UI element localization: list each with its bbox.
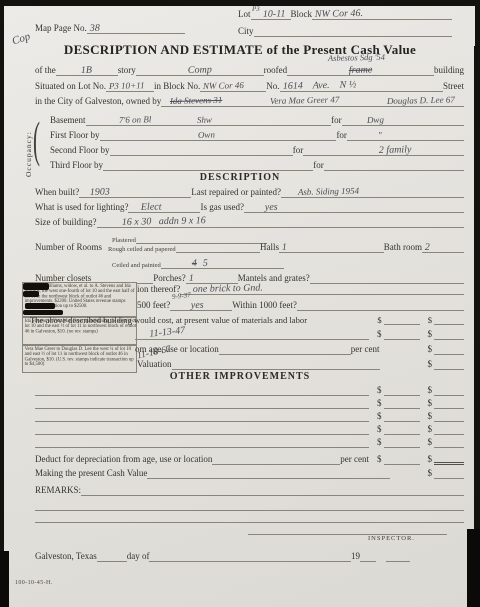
basement-row: Basement 7'6 on Bl Shw for Dwg [50, 114, 464, 126]
deduct-partial-field [219, 343, 351, 355]
second-floor-row: Second Floor by for 2 family [50, 144, 464, 156]
cost-spacer [307, 314, 369, 325]
map-page-field: 38 [87, 22, 185, 34]
size-row: Size of building? 16 x 30 addn 9 x 16 [35, 216, 464, 228]
when-built-field: 1903 [79, 186, 191, 198]
ink-blot [23, 283, 49, 290]
improvement-amount-2 [434, 436, 464, 448]
block-no-field: NW Cor 46 [200, 80, 266, 92]
year-field [360, 550, 376, 562]
depreciation-label: Deduct for depreciation from age, use or… [35, 455, 212, 465]
dollar-sign: $ [428, 360, 433, 370]
remarks-blank-field [35, 499, 464, 511]
block-no-handwriting: NW Cor 46 [200, 81, 247, 92]
basement-for-label: for [331, 116, 342, 126]
city-field [254, 25, 452, 37]
deed-clipping-3: Vera Mae Greer to Douglas D. Lee the wes… [22, 345, 137, 373]
improvement-row: $ $ [35, 436, 464, 448]
basement-by-field: 7'6 on Bl Shw [86, 114, 332, 126]
map-page-row: Map Page No. 38 [35, 22, 185, 34]
second-floor-use-handwriting: 2 family [375, 144, 414, 156]
lot-no-handwriting: P3 10+11 [106, 81, 148, 92]
occupancy-label: Occupancy: [24, 117, 33, 177]
cash-value-amount [434, 467, 464, 479]
improvement-amount-2 [434, 384, 464, 396]
inspector-signature-field [248, 523, 447, 535]
size-handwriting: 16 x 30 addn 9 x 16 [118, 215, 208, 228]
cost-extra-row: 11-13-47 $ $ [135, 328, 464, 340]
dollar-sign: $ [428, 425, 433, 435]
first-floor-for-label: for [336, 131, 347, 141]
cost-extra-amount-2 [434, 328, 464, 340]
year-label: 19 [351, 552, 360, 562]
scan-edge-bottom-left [0, 551, 9, 607]
basement-use-handwriting: Dwg [363, 116, 386, 126]
third-floor-by-field [103, 159, 313, 171]
improvement-amount-1 [384, 397, 420, 409]
rooms-row: Number of Rooms Rough ceiled and papered… [35, 241, 464, 253]
dollar-sign: $ [428, 399, 433, 409]
dollar-sign: $ [377, 330, 382, 340]
inspector-signature-row [248, 523, 447, 535]
ceiled-struck-handwriting: 4 [189, 258, 200, 269]
ceiled-row: Ceiled and painted 4 5 [112, 257, 284, 269]
bath-handwriting: 2 [422, 242, 433, 253]
fire-limits-row: 500 feet? yes Within 1000 feet? [137, 299, 464, 311]
block-field: NW Cor 46. [312, 8, 452, 20]
ceiled-painted-label: Ceiled and painted [112, 262, 161, 269]
lighting-handwriting: Elect [138, 201, 165, 213]
story-label: story [118, 66, 136, 76]
second-floor-label: Second Floor by [50, 146, 110, 156]
cost-extra-amount-1 [384, 328, 420, 340]
cost-amount-2 [434, 313, 464, 325]
rooms-label: Number of Rooms [35, 243, 102, 253]
basement-by2-handwriting: Shw [194, 116, 215, 126]
improvement-amount-1 [384, 436, 420, 448]
lighting-label: What is used for lighting? [35, 203, 128, 213]
thereof-handwriting: one brick to Gnd. [190, 282, 266, 295]
improvement-amount-2 [434, 397, 464, 409]
dollar-sign: $ [377, 412, 382, 422]
remarks-blank-row [35, 511, 464, 523]
remarks-label: REMARKS: [35, 486, 81, 496]
situated-row: Situated on Lot No. P3 10+11 in Block No… [35, 80, 464, 92]
cash-value-row: Making the present Cash Value $ [35, 467, 464, 479]
remarks-blank-field [35, 511, 464, 523]
third-floor-for-label: for [313, 161, 324, 171]
street-label: Street [443, 82, 464, 92]
remarks-blank-row [35, 499, 464, 511]
address-field: 1614 Ave. N ½ [280, 80, 444, 92]
dollar-sign: $ [377, 438, 382, 448]
improvement-amount-1 [384, 423, 420, 435]
feet500-handwriting: yes [188, 300, 207, 311]
first-floor-by-field: Own [100, 129, 337, 141]
improvement-amount-1 [384, 384, 420, 396]
dollar-sign: $ [377, 399, 382, 409]
building-label: building [434, 66, 464, 76]
ceiled-handwriting: 5 [200, 258, 211, 269]
roof-field: frame Asbestos Sdg '54 [287, 64, 434, 76]
deduct-partial-amount [434, 343, 464, 355]
improvement-amount-1 [384, 410, 420, 422]
cash-value-label: Making the present Cash Value [35, 469, 147, 479]
occupancy-brace: ( [33, 112, 40, 167]
valuation-spacer [380, 359, 420, 370]
story-field: 1B [56, 64, 118, 76]
in-block-label: in Block No. [154, 82, 200, 92]
deduct-partial-row: om age, use or location per cent $ [135, 343, 464, 355]
ink-blot [25, 303, 55, 309]
cost-row: The above described building would cost,… [30, 313, 464, 325]
depreciation-percent-label: per cent [340, 455, 369, 465]
lot-label: Lot [238, 10, 251, 20]
gas-field: yes [244, 201, 464, 213]
dollar-sign: $ [428, 316, 432, 325]
when-built-row: When built? 1903 Last repaired or painte… [35, 186, 464, 198]
owner-field: Ida Stevens 31 Vera Mae Greer 47 Douglas… [161, 95, 464, 107]
dollar-sign: $ [428, 330, 433, 340]
other-improvements-heading: OTHER IMPROVEMENTS [0, 371, 480, 382]
depreciation-row: Deduct for depreciation from age, use or… [35, 451, 464, 465]
date-signature-row: Galveston, Texas day of 19 [35, 550, 410, 562]
description-heading: DESCRIPTION [0, 172, 480, 183]
owner3-handwriting: Douglas D. Lee 67 [384, 96, 458, 107]
situated-label: Situated on Lot No. [35, 82, 106, 92]
first-floor-label: First Floor by [50, 131, 100, 141]
cost-amount-1 [384, 313, 420, 325]
year-field-2 [386, 550, 410, 562]
lot-block-row: Lot P3 10-11 Block NW Cor 46. [238, 8, 452, 20]
ceiled-painted-field: 4 5 [161, 257, 284, 269]
improvement-row: $ $ [35, 384, 464, 396]
basement-use-field: Dwg [342, 114, 464, 126]
improvement-amount-2 [434, 423, 464, 435]
rough-ceiled-field [176, 241, 260, 253]
dollar-sign: $ [377, 386, 382, 396]
size-field: 16 x 30 addn 9 x 16 [97, 216, 465, 228]
day-field [97, 550, 127, 562]
owned-by-label: in the City of Galveston, owned by [35, 97, 161, 107]
dollar-sign: $ [428, 412, 433, 422]
percent-label: per cent [351, 345, 380, 355]
map-page-label: Map Page No. [35, 24, 87, 34]
lot-sup-handwriting: P3 [250, 6, 260, 14]
owner-struck-handwriting: Ida Stevens 31 [167, 96, 226, 107]
map-page-handwriting: 38 [87, 23, 103, 34]
valuation-row: Valuation $ [137, 358, 464, 370]
address-handwriting: 1614 Ave. N ½ [279, 79, 359, 92]
dollar-sign: $ [428, 345, 433, 355]
percent-spacer [380, 344, 420, 355]
bath-field: 2 [422, 241, 464, 253]
cash-value-field [147, 467, 389, 479]
second-floor-for-label: for [293, 146, 304, 156]
month-field [149, 550, 351, 562]
inspector-label: INSPECTOR. [368, 535, 415, 542]
improvement-row: $ $ [35, 423, 464, 435]
valuation-label: Valuation [137, 360, 172, 370]
block-value-handwriting: NW Cor 46. [312, 8, 366, 20]
place-label: Galveston, Texas [35, 552, 97, 562]
ink-blot [23, 291, 39, 297]
deed-clipping-1: Trueheart Williams, widow, et al. to A. … [22, 282, 137, 317]
when-built-handwriting: 1903 [87, 186, 113, 198]
improvement-field [35, 410, 369, 422]
dollar-sign: $ [428, 455, 433, 465]
scanned-appraisal-form: Lot P3 10-11 Block NW Cor 46. Map Page N… [0, 0, 480, 607]
improvement-row: $ $ [35, 410, 464, 422]
dollar-sign: $ [377, 455, 382, 465]
cost-extra-field: 11-13-47 [135, 328, 369, 340]
feet500-field: yes [170, 299, 232, 311]
first-floor-row: First Floor by Own for " [50, 129, 464, 141]
valuation-field [172, 358, 380, 370]
dollar-sign: $ [428, 386, 433, 396]
size-label: Size of building? [35, 218, 97, 228]
dollar-sign: $ [377, 316, 381, 325]
form-title: DESCRIPTION AND ESTIMATE of the Present … [0, 42, 480, 58]
construction-handwriting: Comp [184, 64, 214, 76]
halls-handwriting: 1 [279, 242, 290, 253]
cash-value-spacer [390, 468, 420, 479]
bath-label: Bath room [384, 243, 422, 253]
feet1000-field [297, 299, 464, 311]
improvement-field [35, 384, 369, 396]
scan-edge-bottom-right [467, 529, 480, 607]
gas-handwriting: yes [262, 202, 281, 213]
thereof-field: one brick to Gnd. [180, 283, 464, 295]
depreciation-amount-2 [434, 451, 464, 465]
basement-by-handwriting: 7'6 on Bl [115, 115, 154, 126]
improvement-field [35, 423, 369, 435]
city-label: City [238, 27, 254, 37]
depreciation-field [212, 453, 340, 465]
deed-clipping-3-text: Vera Mae Greer to Douglas D. Lee the wes… [23, 346, 137, 368]
of-the-label: of the [35, 66, 56, 76]
depreciation-amount-1 [384, 453, 420, 465]
third-floor-label: Third Floor by [50, 161, 103, 171]
improvement-field [35, 397, 369, 409]
story-handwriting: 1B [78, 65, 95, 76]
improvement-amount-2 [434, 410, 464, 422]
lighting-row: What is used for lighting? Elect Is gas … [35, 201, 464, 213]
when-built-label: When built? [35, 188, 79, 198]
lot-no-field: P3 10+11 [106, 80, 154, 92]
cost-label: The above described building would cost,… [30, 316, 307, 325]
second-floor-use-field: 2 family [303, 144, 464, 156]
basement-label: Basement [50, 116, 86, 126]
no-label: No. [266, 82, 279, 92]
repaired-field: Asb. Siding 1954 [281, 186, 464, 198]
dollar-sign: $ [428, 438, 433, 448]
first-floor-use-field: " [347, 129, 464, 141]
scan-edge-right [474, 46, 480, 607]
second-floor-by-field [110, 144, 293, 156]
improvement-field [35, 436, 369, 448]
remarks-field [81, 484, 464, 496]
day-of-label: day of [127, 552, 150, 562]
construction-field: Comp [136, 64, 264, 76]
halls-label: Halls [260, 243, 279, 253]
year-spacer [376, 551, 386, 562]
rough-ceiled-label: Rough ceiled and papered [108, 246, 176, 253]
lighting-field: Elect [128, 201, 200, 213]
lot-value-handwriting: 10-11 [260, 8, 289, 20]
form-number: 100-10-45-H. [15, 580, 53, 586]
lot-field: P3 10-11 [251, 8, 291, 20]
first-floor-by-handwriting: Own [194, 131, 217, 141]
repaired-label: Last repaired or painted? [191, 188, 281, 198]
owner-row: in the City of Galveston, owned by Ida S… [35, 95, 464, 107]
valuation-amount [434, 358, 464, 370]
remarks-row: REMARKS: [35, 484, 464, 496]
repaired-handwriting: Asb. Siding 1954 [295, 187, 362, 198]
roof-struck-handwriting: frame [346, 64, 376, 76]
city-row: City [238, 25, 452, 37]
feet500-label: 500 feet? [137, 301, 170, 311]
third-floor-use-field [324, 159, 464, 171]
roof-above-handwriting: Asbestos Sdg '54 [325, 53, 388, 64]
halls-field: 1 [279, 241, 384, 253]
owner2-handwriting: Vera Mae Greer 47 [267, 96, 343, 107]
story-roof-row: of the 1B story Comp roofed frame Asbest… [35, 64, 464, 76]
third-floor-row: Third Floor by for [50, 159, 464, 171]
improvement-row: $ $ [35, 397, 464, 409]
first-floor-use-handwriting: " [375, 131, 385, 141]
gas-label: Is gas used? [200, 203, 244, 213]
dollar-sign: $ [428, 469, 433, 479]
roofed-label: roofed [264, 66, 288, 76]
block-label: Block [291, 10, 313, 20]
dollar-sign: $ [377, 425, 382, 435]
feet1000-label: Within 1000 feet? [232, 301, 297, 311]
